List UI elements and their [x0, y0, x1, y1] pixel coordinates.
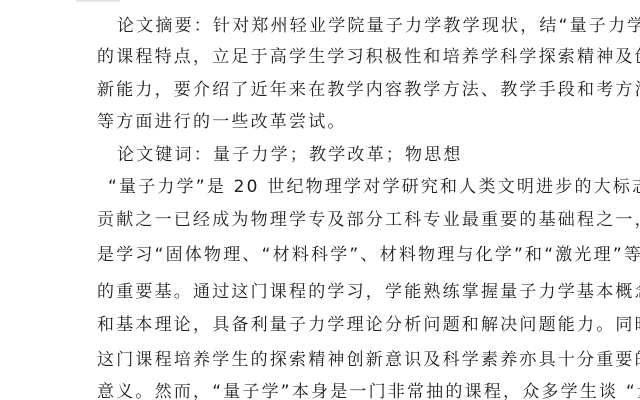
abstract-line-3: 新能力，要介绍了近年来在教学内容教学方法、教学手段和考方法	[97, 78, 542, 102]
body-line-4: 的重要基。通过这门课程的学习，学能熟练掌握量子力学基本概念	[97, 280, 542, 304]
body-line-3: 是学习“固体物理、“材料科学”、材料物理与化学”和“激光理”等课程	[97, 243, 542, 267]
abstract-line-2: 的课程特点，立足于高学生学习积极性和培养学科学探索精神及创	[97, 45, 542, 69]
body-line-1: “量子力学”是 20 世纪物理学对学研究和人类文明进步的大标志性	[108, 175, 542, 199]
body-line-5: 和基本理论，具备利量子力学理论分析问题和解决问题能力。同时，	[97, 313, 542, 337]
previous-line-fragment	[76, 0, 120, 2]
body-line-2: 贡献之一已经成为物理学专及部分工科专业最重要的基础程之一，	[97, 208, 542, 232]
keywords-line: 论文键词：量子力学；教学改革；物思想	[117, 143, 542, 167]
abstract-line-1: 论文摘要：针对郑州轻业学院量子力学教学现状，结“量子力学”	[117, 14, 542, 38]
body-line-6: 这门课程培养学生的探索精神创新意识及科学素养亦具十分重要的	[97, 348, 542, 372]
abstract-line-4: 等方面进行的一些改革尝试。	[97, 110, 542, 134]
body-line-7: 意义。然而，“量子学”本身是一门非常抽的课程，众多学生谈 “量子”	[97, 380, 542, 400]
document-page: 论文摘要：针对郑州轻业学院量子力学教学现状，结“量子力学” 的课程特点，立足于高…	[0, 0, 640, 400]
